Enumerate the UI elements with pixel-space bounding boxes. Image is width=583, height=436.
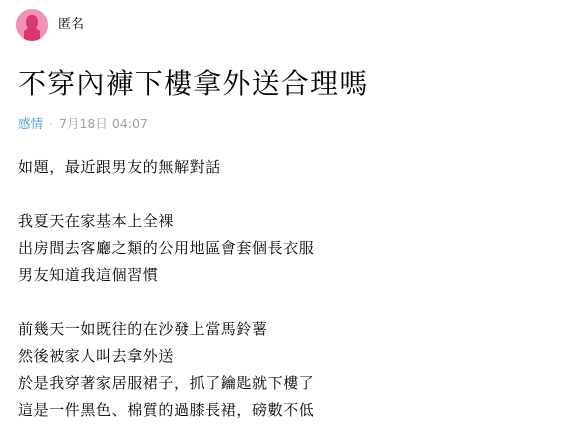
content-line: 我夏天在家基本上全裸 bbox=[18, 208, 314, 235]
paragraph-gap bbox=[18, 181, 314, 208]
post-title: 不穿內褲下樓拿外送合理嗎 bbox=[18, 64, 368, 104]
content-line: 男友知道我這個習慣 bbox=[18, 262, 314, 289]
content-line: 出房間去客廳之類的公用地區會套個長衣服 bbox=[18, 235, 314, 262]
content-line: 於是我穿著家居服裙子，抓了鑰匙就下樓了 bbox=[18, 370, 314, 397]
content-line: 如題，最近跟男友的無解對話 bbox=[18, 154, 314, 181]
paragraph-gap bbox=[18, 289, 314, 316]
forum-link[interactable]: 感情 bbox=[18, 116, 43, 131]
post-content: 如題，最近跟男友的無解對話 我夏天在家基本上全裸 出房間去客廳之類的公用地區會套… bbox=[18, 154, 314, 424]
female-avatar-icon[interactable] bbox=[16, 9, 48, 41]
content-line: 然後被家人叫去拿外送 bbox=[18, 343, 314, 370]
author-info[interactable]: 匿名 bbox=[16, 9, 84, 41]
post-meta: 感情·7月18日 04:07 bbox=[18, 114, 148, 134]
content-line: 這是一件黑色、棉質的過膝長裙，磅數不低 bbox=[18, 397, 314, 424]
author-name[interactable]: 匿名 bbox=[58, 9, 84, 41]
post-timestamp: 7月18日 04:07 bbox=[59, 116, 148, 131]
content-line: 前幾天一如既往的在沙發上當馬鈴薯 bbox=[18, 316, 314, 343]
post-container: 匿名 不穿內褲下樓拿外送合理嗎 感情·7月18日 04:07 如題，最近跟男友的… bbox=[0, 0, 583, 436]
meta-separator: · bbox=[49, 116, 53, 131]
